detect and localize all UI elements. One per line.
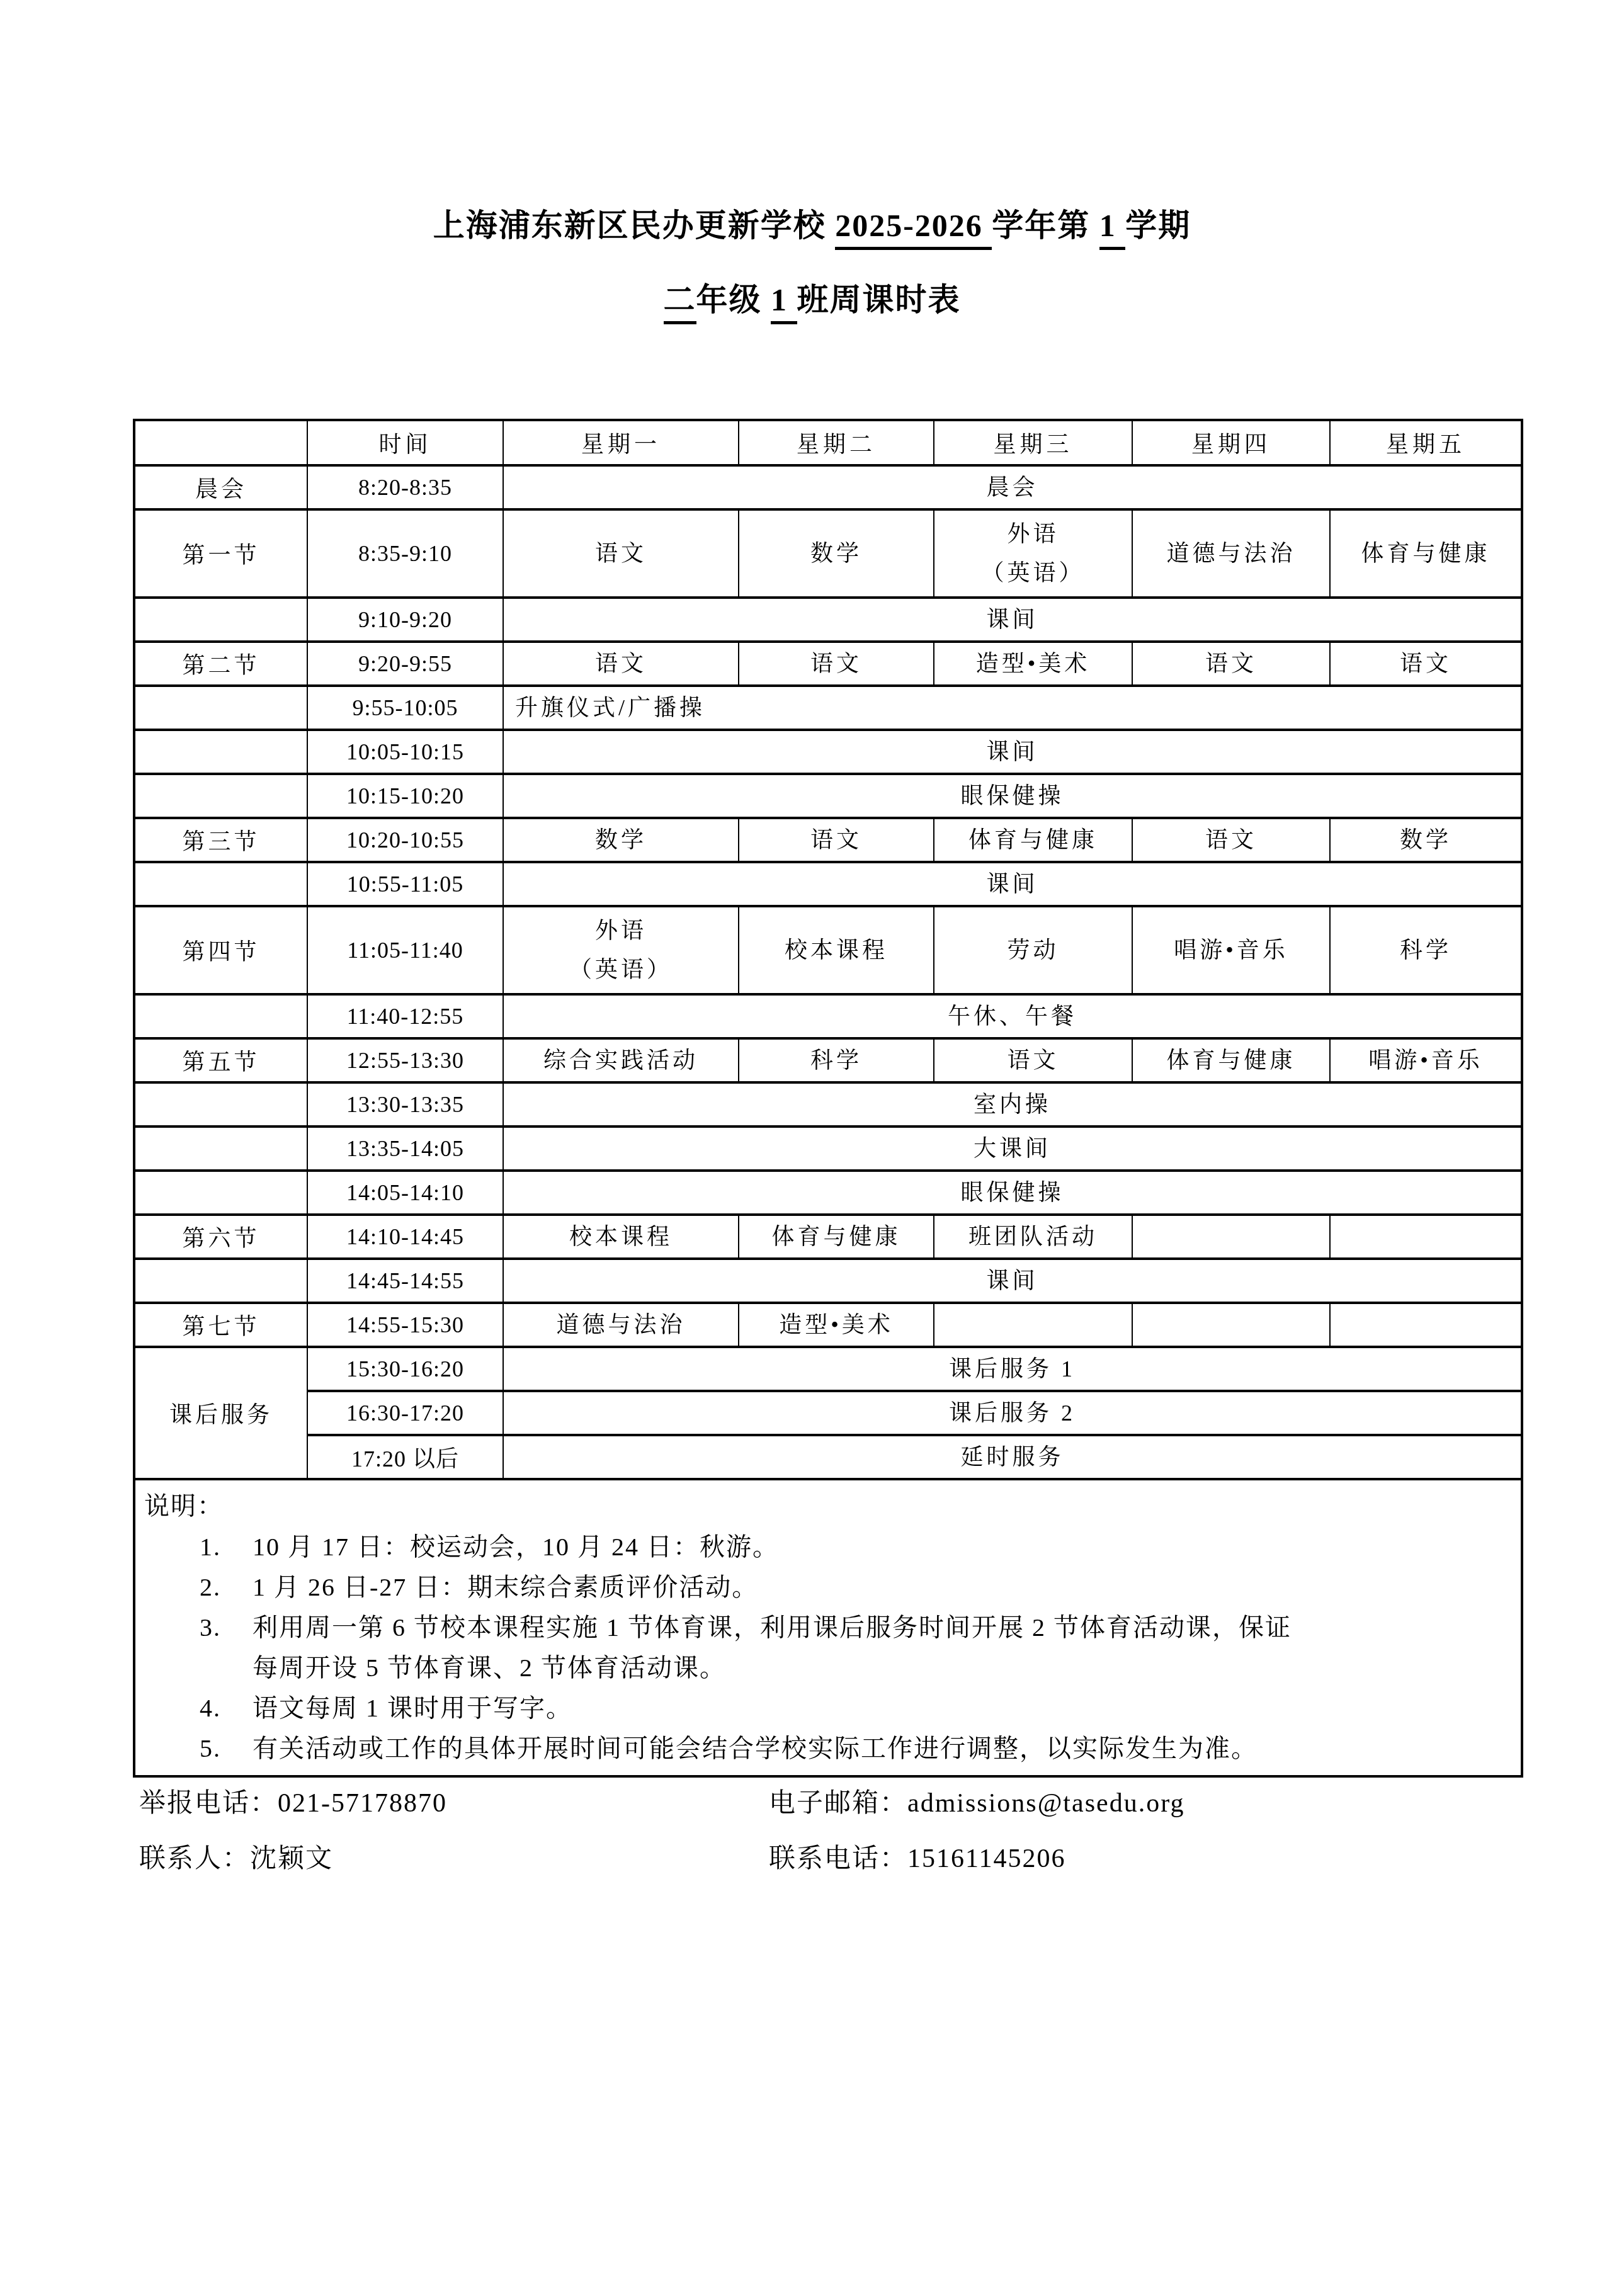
merged-activity-cell: 延时服务 xyxy=(503,1435,1522,1479)
column-header xyxy=(134,420,307,465)
time-cell: 10:55-11:05 xyxy=(307,862,503,906)
table-row: 第六节14:10-14:45校本课程体育与健康班团队活动 xyxy=(134,1215,1522,1259)
subject-cell: 语文 xyxy=(934,1038,1132,1082)
note-item: 4.语文每周 1 课时用于写字。 xyxy=(144,1688,1509,1728)
time-cell: 13:35-14:05 xyxy=(307,1126,503,1171)
merged-activity-cell: 晨会 xyxy=(503,465,1522,509)
subject-cell: 道德与法治 xyxy=(1132,509,1330,598)
title-text: 年级 xyxy=(696,282,771,317)
document-subtitle: 二年级 1 班周课时表 xyxy=(0,275,1624,320)
table-row: 13:30-13:35室内操 xyxy=(134,1082,1522,1126)
table-row: 9:55-10:05升旗仪式/广播操 xyxy=(134,686,1522,730)
subject-cell: 数学 xyxy=(1330,818,1522,862)
table-row: 第二节9:20-9:55语文语文造型•美术语文语文 xyxy=(134,642,1522,686)
time-cell: 12:55-13:30 xyxy=(307,1038,503,1082)
period-label-cell xyxy=(134,994,307,1038)
table-row: 10:55-11:05课间 xyxy=(134,862,1522,906)
subject-cell: 语文 xyxy=(1330,642,1522,686)
underlined-text: 2025-2026 xyxy=(835,208,992,250)
merged-activity-cell: 眼保健操 xyxy=(503,1171,1522,1215)
contact-left-text: 举报电话：021-57178870 xyxy=(139,1782,447,1820)
table-row: 11:40-12:55午休、午餐 xyxy=(134,994,1522,1038)
period-label-cell xyxy=(134,686,307,730)
subject-cell: 语文 xyxy=(739,642,934,686)
note-number: 3. xyxy=(200,1608,253,1688)
notes-heading: 说明： xyxy=(144,1485,1509,1527)
merged-activity-cell: 课后服务 1 xyxy=(503,1347,1522,1391)
subject-cell: 唱游•音乐 xyxy=(1330,1038,1522,1082)
period-label-cell: 第四节 xyxy=(134,906,307,994)
period-label-cell xyxy=(134,1082,307,1126)
document-page: 上海浦东新区民办更新学校 2025-2026 学年第 1 学期 二年级 1 班周… xyxy=(0,0,1624,2287)
subject-cell: 体育与健康 xyxy=(1330,509,1522,598)
title-text: 上海浦东新区民办更新学校 xyxy=(433,208,836,243)
subject-cell: 校本课程 xyxy=(739,906,934,994)
table-row: 17:20 以后延时服务 xyxy=(134,1435,1522,1479)
period-label-cell xyxy=(134,1171,307,1215)
subject-cell: 校本课程 xyxy=(503,1215,739,1259)
time-cell: 16:30-17:20 xyxy=(307,1391,503,1435)
subject-cell: 体育与健康 xyxy=(934,818,1132,862)
contact-row: 举报电话：021-57178870电子邮箱：admissions@tasedu.… xyxy=(133,1782,1521,1837)
time-cell: 9:55-10:05 xyxy=(307,686,503,730)
merged-activity-cell: 室内操 xyxy=(503,1082,1522,1126)
period-label-cell: 晨会 xyxy=(134,465,307,509)
time-cell: 14:45-14:55 xyxy=(307,1259,503,1303)
subject-cell: 科学 xyxy=(1330,906,1522,994)
period-label-cell: 第六节 xyxy=(134,1215,307,1259)
column-header: 时间 xyxy=(307,420,503,465)
merged-activity-cell: 眼保健操 xyxy=(503,774,1522,818)
subject-cell: 数学 xyxy=(503,818,739,862)
contact-left-text: 联系人：沈颖文 xyxy=(139,1837,333,1875)
table-row: 晨会8:20-8:35晨会 xyxy=(134,465,1522,509)
time-cell: 8:20-8:35 xyxy=(307,465,503,509)
table-body: 晨会8:20-8:35晨会第一节8:35-9:10语文数学外语 （英语）道德与法… xyxy=(134,465,1522,1776)
table-header-row: 时间星期一星期二星期三星期四星期五 xyxy=(134,420,1522,465)
note-number: 5. xyxy=(200,1728,253,1769)
time-cell: 8:35-9:10 xyxy=(307,509,503,598)
subject-cell xyxy=(1330,1303,1522,1347)
table-row: 9:10-9:20课间 xyxy=(134,598,1522,642)
subject-cell: 体育与健康 xyxy=(1132,1038,1330,1082)
contact-row: 联系人：沈颖文联系电话：15161145206 xyxy=(133,1837,1521,1893)
table-row: 第四节11:05-11:40外语 （英语）校本课程劳动唱游•音乐科学 xyxy=(134,906,1522,994)
time-cell: 14:05-14:10 xyxy=(307,1171,503,1215)
subject-cell: 造型•美术 xyxy=(739,1303,934,1347)
merged-activity-cell: 升旗仪式/广播操 xyxy=(503,686,1522,730)
period-label-cell: 第一节 xyxy=(134,509,307,598)
time-cell: 9:10-9:20 xyxy=(307,598,503,642)
contact-right-text: 联系电话：15161145206 xyxy=(769,1837,1065,1875)
subject-cell: 造型•美术 xyxy=(934,642,1132,686)
note-item: 3.利用周一第 6 节校本课程实施 1 节体育课，利用课后服务时间开展 2 节体… xyxy=(144,1608,1509,1688)
column-header: 星期五 xyxy=(1330,420,1522,465)
subject-cell xyxy=(934,1303,1132,1347)
note-text: 语文每周 1 课时用于写字。 xyxy=(253,1688,1509,1728)
note-text: 1 月 26 日-27 日：期末综合素质评价活动。 xyxy=(253,1567,1509,1608)
merged-activity-cell: 课间 xyxy=(503,598,1522,642)
time-cell: 10:20-10:55 xyxy=(307,818,503,862)
period-label-cell xyxy=(134,774,307,818)
document-title: 上海浦东新区民办更新学校 2025-2026 学年第 1 学期 xyxy=(0,200,1624,246)
time-cell: 11:05-11:40 xyxy=(307,906,503,994)
table-row: 第一节8:35-9:10语文数学外语 （英语）道德与法治体育与健康 xyxy=(134,509,1522,598)
table-row: 10:15-10:20眼保健操 xyxy=(134,774,1522,818)
table-row: 10:05-10:15课间 xyxy=(134,730,1522,774)
time-cell: 10:05-10:15 xyxy=(307,730,503,774)
table-row: 课后服务15:30-16:20课后服务 1 xyxy=(134,1347,1522,1391)
note-number: 2. xyxy=(200,1567,253,1608)
subject-cell xyxy=(1132,1215,1330,1259)
column-header: 星期三 xyxy=(934,420,1132,465)
subject-cell: 语文 xyxy=(1132,818,1330,862)
underlined-text: 二 xyxy=(664,282,696,324)
period-label-cell xyxy=(134,1259,307,1303)
subject-cell: 外语 （英语） xyxy=(503,906,739,994)
merged-activity-cell: 课后服务 2 xyxy=(503,1391,1522,1435)
time-cell: 13:30-13:35 xyxy=(307,1082,503,1126)
subject-cell: 体育与健康 xyxy=(739,1215,934,1259)
note-item: 2.1 月 26 日-27 日：期末综合素质评价活动。 xyxy=(144,1567,1509,1608)
subject-cell: 外语 （英语） xyxy=(934,509,1132,598)
period-label-cell xyxy=(134,730,307,774)
period-label-cell: 第三节 xyxy=(134,818,307,862)
underlined-text: 1 xyxy=(771,282,797,324)
contact-section: 举报电话：021-57178870电子邮箱：admissions@tasedu.… xyxy=(133,1782,1521,1893)
time-cell: 14:55-15:30 xyxy=(307,1303,503,1347)
subject-cell: 道德与法治 xyxy=(503,1303,739,1347)
subject-cell xyxy=(1330,1215,1522,1259)
time-cell: 17:20 以后 xyxy=(307,1435,503,1479)
merged-activity-cell: 大课间 xyxy=(503,1126,1522,1171)
table-row: 第三节10:20-10:55数学语文体育与健康语文数学 xyxy=(134,818,1522,862)
time-cell: 9:20-9:55 xyxy=(307,642,503,686)
period-label-cell xyxy=(134,598,307,642)
merged-activity-cell: 午休、午餐 xyxy=(503,994,1522,1038)
table-row: 14:05-14:10眼保健操 xyxy=(134,1171,1522,1215)
table-row: 第七节14:55-15:30道德与法治造型•美术 xyxy=(134,1303,1522,1347)
period-label-cell: 课后服务 xyxy=(134,1347,307,1479)
timetable: 时间星期一星期二星期三星期四星期五 晨会8:20-8:35晨会第一节8:35-9… xyxy=(133,419,1523,1778)
underlined-text: 1 xyxy=(1099,208,1126,250)
note-text: 有关活动或工作的具体开展时间可能会结合学校实际工作进行调整，以实际发生为准。 xyxy=(253,1728,1509,1769)
subject-cell xyxy=(1132,1303,1330,1347)
subject-cell: 数学 xyxy=(739,509,934,598)
title-text: 学年第 xyxy=(992,208,1099,243)
note-text: 利用周一第 6 节校本课程实施 1 节体育课，利用课后服务时间开展 2 节体育活… xyxy=(253,1608,1509,1688)
subject-cell: 科学 xyxy=(739,1038,934,1082)
period-label-cell: 第七节 xyxy=(134,1303,307,1347)
table-row: 13:35-14:05大课间 xyxy=(134,1126,1522,1171)
note-number: 4. xyxy=(200,1688,253,1728)
notes-cell: 说明：1.10 月 17 日：校运动会，10 月 24 日：秋游。2.1 月 2… xyxy=(134,1479,1522,1776)
subject-cell: 综合实践活动 xyxy=(503,1038,739,1082)
notes-row: 说明：1.10 月 17 日：校运动会，10 月 24 日：秋游。2.1 月 2… xyxy=(134,1479,1522,1776)
merged-activity-cell: 课间 xyxy=(503,730,1522,774)
subject-cell: 劳动 xyxy=(934,906,1132,994)
time-cell: 11:40-12:55 xyxy=(307,994,503,1038)
table-row: 14:45-14:55课间 xyxy=(134,1259,1522,1303)
column-header: 星期四 xyxy=(1132,420,1330,465)
table-row: 第五节12:55-13:30综合实践活动科学语文体育与健康唱游•音乐 xyxy=(134,1038,1522,1082)
period-label-cell: 第二节 xyxy=(134,642,307,686)
subject-cell: 班团队活动 xyxy=(934,1215,1132,1259)
column-header: 星期二 xyxy=(739,420,934,465)
note-text: 10 月 17 日：校运动会，10 月 24 日：秋游。 xyxy=(253,1527,1509,1567)
subject-cell: 唱游•音乐 xyxy=(1132,906,1330,994)
note-number: 1. xyxy=(200,1527,253,1567)
note-item: 5.有关活动或工作的具体开展时间可能会结合学校实际工作进行调整，以实际发生为准。 xyxy=(144,1728,1509,1769)
period-label-cell: 第五节 xyxy=(134,1038,307,1082)
column-header: 星期一 xyxy=(503,420,739,465)
subject-cell: 语文 xyxy=(739,818,934,862)
subject-cell: 语文 xyxy=(1132,642,1330,686)
merged-activity-cell: 课间 xyxy=(503,862,1522,906)
note-item: 1.10 月 17 日：校运动会，10 月 24 日：秋游。 xyxy=(144,1527,1509,1567)
table-row: 16:30-17:20课后服务 2 xyxy=(134,1391,1522,1435)
subject-cell: 语文 xyxy=(503,509,739,598)
contact-right-text: 电子邮箱：admissions@tasedu.org xyxy=(769,1782,1184,1820)
time-cell: 15:30-16:20 xyxy=(307,1347,503,1391)
period-label-cell xyxy=(134,1126,307,1171)
subject-cell: 语文 xyxy=(503,642,739,686)
period-label-cell xyxy=(134,862,307,906)
time-cell: 10:15-10:20 xyxy=(307,774,503,818)
merged-activity-cell: 课间 xyxy=(503,1259,1522,1303)
title-text: 班周课时表 xyxy=(797,282,961,317)
title-text: 学期 xyxy=(1125,208,1191,243)
time-cell: 14:10-14:45 xyxy=(307,1215,503,1259)
